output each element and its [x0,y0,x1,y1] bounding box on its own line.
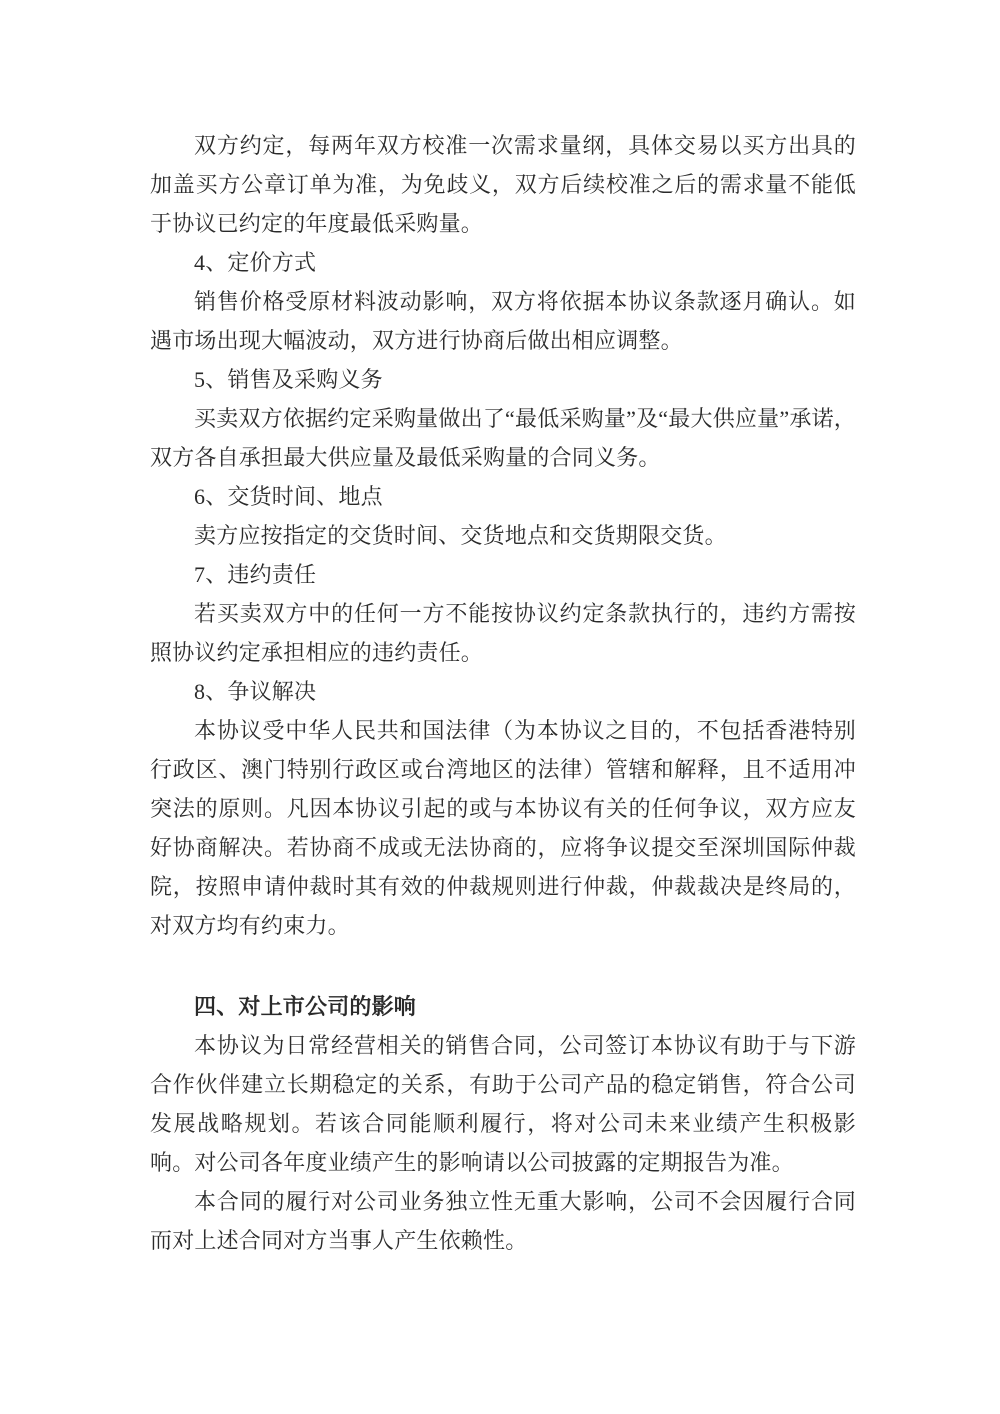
clause-heading: 7、违约责任 [150,555,856,594]
document-page: 双方约定，每两年双方校准一次需求量纲，具体交易以买方出具的加盖买方公章订单为准，… [0,0,1000,1414]
section-heading: 四、对上市公司的影响 [150,987,856,1026]
clause-heading: 4、定价方式 [150,243,856,282]
paragraph: 销售价格受原材料波动影响，双方将依据本协议条款逐月确认。如遇市场出现大幅波动，双… [150,282,856,360]
paragraph: 买卖双方依据约定采购量做出了“最低采购量”及“最大供应量”承诺，双方各自承担最大… [150,399,856,477]
paragraph: 卖方应按指定的交货时间、交货地点和交货期限交货。 [150,516,856,555]
clause-heading: 6、交货时间、地点 [150,477,856,516]
paragraph: 若买卖双方中的任何一方不能按协议约定条款执行的，违约方需按照协议约定承担相应的违… [150,594,856,672]
paragraph: 本合同的履行对公司业务独立性无重大影响，公司不会因履行合同而对上述合同对方当事人… [150,1182,856,1260]
paragraph: 本协议受中华人民共和国法律（为本协议之目的，不包括香港特别行政区、澳门特别行政区… [150,711,856,945]
paragraph: 本协议为日常经营相关的销售合同，公司签订本协议有助于与下游合作伙伴建立长期稳定的… [150,1026,856,1182]
document-body: 双方约定，每两年双方校准一次需求量纲，具体交易以买方出具的加盖买方公章订单为准，… [150,126,856,1260]
clause-heading: 5、销售及采购义务 [150,360,856,399]
paragraph: 双方约定，每两年双方校准一次需求量纲，具体交易以买方出具的加盖买方公章订单为准，… [150,126,856,243]
clause-heading: 8、争议解决 [150,672,856,711]
